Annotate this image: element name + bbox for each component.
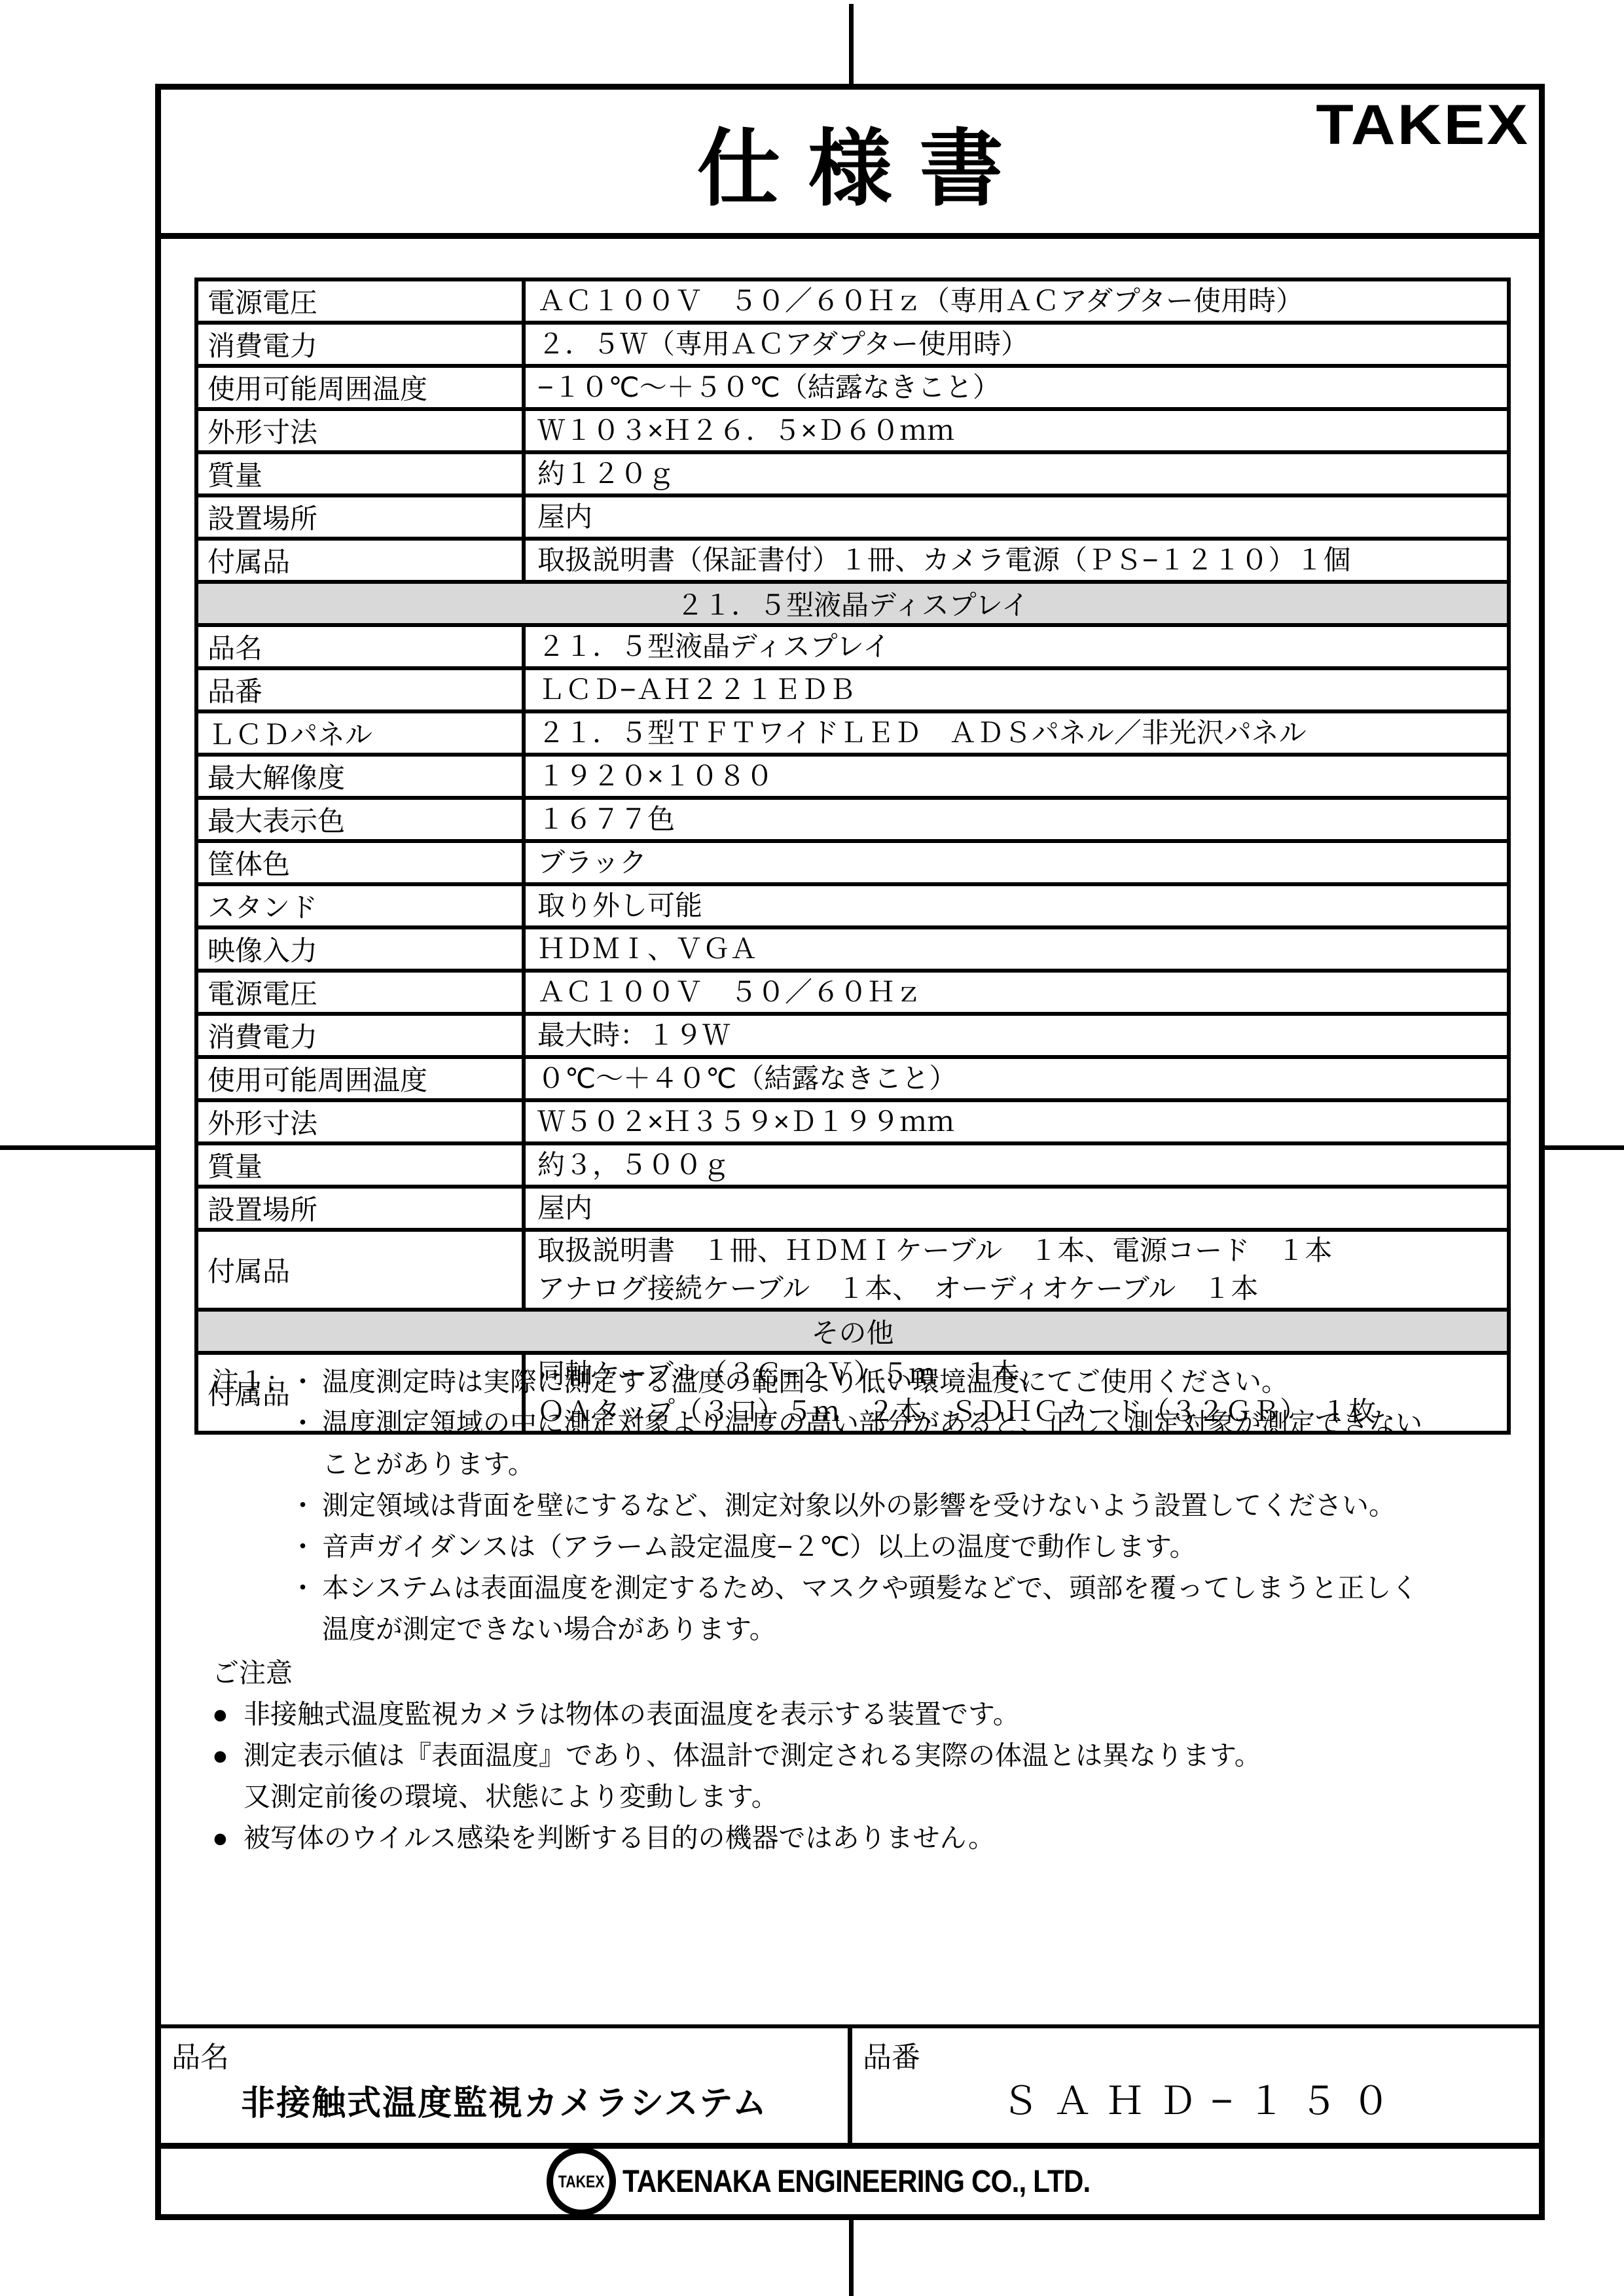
note-bullet <box>289 1609 322 1650</box>
spec-label: 品番 <box>196 668 524 711</box>
spec-label: 電源電圧 <box>196 279 524 323</box>
section-header-row: その他 <box>196 1310 1509 1353</box>
spec-label: 消費電力 <box>196 323 524 366</box>
title-banner: 仕様書 TAKEX <box>161 90 1539 239</box>
caution-text: 被写体のウイルス感染を判断する目的の機器ではありません。 <box>244 1818 995 1859</box>
spec-value-line: ブラック <box>537 844 1504 882</box>
spec-value: ＨＤＭＩ、ＶＧＡ <box>524 927 1509 971</box>
spec-label: 付属品 <box>196 1230 524 1310</box>
spec-value: 取扱説明書（保証書付）１冊、カメラ電源（ＰＳ−１２１０）１個 <box>524 539 1509 582</box>
spec-label: ＬＣＤパネル <box>196 711 524 755</box>
note-text: 測定領域は背面を壁にするなど、測定対象以外の影響を受けないよう設置してください。 <box>322 1485 1396 1526</box>
caution-text: 又測定前後の環境、状態により変動します。 <box>244 1776 778 1818</box>
spec-value-line: 最大時：１９Ｗ <box>537 1016 1504 1054</box>
spec-row: 電源電圧ＡＣ１００Ｖ ５０／６０Ｈｚ <box>196 971 1509 1014</box>
spec-label: 使用可能周囲温度 <box>196 1057 524 1100</box>
note-text: 温度が測定できない場合があります。 <box>322 1609 776 1650</box>
spec-value-line: ２１．５型液晶ディスプレイ <box>537 628 1504 666</box>
note-line: 温度が測定できない場合があります。 <box>212 1609 1518 1650</box>
spec-value-line: ＡＣ１００Ｖ ５０／６０Ｈｚ（専用ＡＣアダプター使用時） <box>537 282 1504 320</box>
takex-circle-logo-icon: TAKEX <box>547 2147 616 2216</box>
caution-lines: ●非接触式温度監視カメラは物体の表面温度を表示する装置です。●測定表示値は『表面… <box>212 1694 1518 1859</box>
document-frame: 仕様書 TAKEX 電源電圧ＡＣ１００Ｖ ５０／６０Ｈｚ（専用ＡＣアダプター使用… <box>155 84 1545 2220</box>
spec-row: 質量約１２０ｇ <box>196 452 1509 495</box>
product-name-label: 品名 <box>171 2034 229 2075</box>
company-name: TAKENAKA ENGINEERING CO., LTD. <box>623 2164 1090 2200</box>
spec-value: ＡＣ１００Ｖ ５０／６０Ｈｚ <box>524 971 1509 1014</box>
spec-table-body: 電源電圧ＡＣ１００Ｖ ５０／６０Ｈｚ（専用ＡＣアダプター使用時）消費電力２．５Ｗ… <box>196 279 1509 1433</box>
spec-label: スタンド <box>196 884 524 927</box>
spec-value-line: １９２０×１０８０ <box>537 757 1504 795</box>
product-name-cell: 品名 非接触式温度監視カメラシステム <box>161 2028 852 2143</box>
spec-row: 付属品取扱説明書 １冊、ＨＤＭＩケーブル １本、電源コード １本アナログ接続ケー… <box>196 1230 1509 1310</box>
product-number-cell: 品番 ＳＡＨＤ−１５０ <box>852 2028 1539 2143</box>
spec-label: 付属品 <box>196 539 524 582</box>
spec-value-line: −１０℃～＋５０℃（結露なきこと） <box>537 368 1504 406</box>
spec-value: Ｗ５０２×Ｈ３５９×Ｄ１９９ｍｍ <box>524 1100 1509 1143</box>
spec-value: 最大時：１９Ｗ <box>524 1014 1509 1057</box>
note-bullet <box>289 1444 322 1485</box>
notes-section: 注１：・温度測定時は実際に測定する温度の範囲より低い環境温度にてご使用ください。… <box>212 1361 1518 1859</box>
note-bullet: ・ <box>289 1361 322 1403</box>
note-line: ことがあります。 <box>212 1444 1518 1485</box>
note-prefix <box>212 1609 289 1650</box>
note-prefix <box>212 1403 289 1444</box>
spec-label: 外形寸法 <box>196 409 524 452</box>
spec-table: 電源電圧ＡＣ１００Ｖ ５０／６０Ｈｚ（専用ＡＣアダプター使用時）消費電力２．５Ｗ… <box>194 278 1511 1435</box>
product-number-label: 品番 <box>863 2034 920 2075</box>
spec-row: 設置場所屋内 <box>196 495 1509 539</box>
note-bullet: ・ <box>289 1568 322 1609</box>
section-header-row: ２１．５型液晶ディスプレイ <box>196 582 1509 625</box>
caution-line: ●被写体のウイルス感染を判断する目的の機器ではありません。 <box>212 1818 1518 1859</box>
spec-row: 付属品取扱説明書（保証書付）１冊、カメラ電源（ＰＳ−１２１０）１個 <box>196 539 1509 582</box>
takex-circle-logo-text: TAKEX <box>558 2172 604 2192</box>
spec-row: 最大解像度１９２０×１０８０ <box>196 755 1509 798</box>
note-line: ・本システムは表面温度を測定するため、マスクや頭髪などで、頭部を覆ってしまうと正… <box>212 1568 1518 1609</box>
note-line: 注１：・温度測定時は実際に測定する温度の範囲より低い環境温度にてご使用ください。 <box>212 1361 1518 1403</box>
caution-text: 非接触式温度監視カメラは物体の表面温度を表示する装置です。 <box>244 1694 1020 1735</box>
spec-value-line: ２．５Ｗ（専用ＡＣアダプター使用時） <box>537 325 1504 363</box>
spec-label: 使用可能周囲温度 <box>196 366 524 409</box>
spec-value: ２．５Ｗ（専用ＡＣアダプター使用時） <box>524 323 1509 366</box>
caution-bullet <box>212 1776 244 1818</box>
spec-label: 消費電力 <box>196 1014 524 1057</box>
spec-value-line: ＬＣＤ−ＡＨ２２１ＥＤＢ <box>537 671 1504 709</box>
takex-logo: TAKEX <box>1316 92 1530 157</box>
note-bullet: ・ <box>289 1485 322 1526</box>
spec-value: 約１２０ｇ <box>524 452 1509 495</box>
spec-row: 外形寸法Ｗ５０２×Ｈ３５９×Ｄ１９９ｍｍ <box>196 1100 1509 1143</box>
caution-header: ご注意 <box>212 1653 1518 1694</box>
spec-label: 筐体色 <box>196 841 524 884</box>
spec-value-line: 取扱説明書 １冊、ＨＤＭＩケーブル １本、電源コード １本 <box>537 1232 1504 1270</box>
spec-row: 消費電力２．５Ｗ（専用ＡＣアダプター使用時） <box>196 323 1509 366</box>
note-line: ・測定領域は背面を壁にするなど、測定対象以外の影響を受けないよう設置してください… <box>212 1485 1518 1526</box>
note-bullet: ・ <box>289 1526 322 1568</box>
spec-value-line: 約３，５００ｇ <box>537 1146 1504 1184</box>
spec-row: 設置場所屋内 <box>196 1187 1509 1230</box>
spec-value: ２１．５型液晶ディスプレイ <box>524 625 1509 668</box>
spec-row: 電源電圧ＡＣ１００Ｖ ５０／６０Ｈｚ（専用ＡＣアダプター使用時） <box>196 279 1509 323</box>
spec-value: １９２０×１０８０ <box>524 755 1509 798</box>
spec-row: 筐体色ブラック <box>196 841 1509 884</box>
spec-row: 品名２１．５型液晶ディスプレイ <box>196 625 1509 668</box>
spec-label: 品名 <box>196 625 524 668</box>
spec-label: 映像入力 <box>196 927 524 971</box>
product-name-value: 非接触式温度監視カメラシステム <box>161 2075 848 2125</box>
note-line: ・音声ガイダンスは（アラーム設定温度−２℃）以上の温度で動作します。 <box>212 1526 1518 1568</box>
spec-value: −１０℃～＋５０℃（結露なきこと） <box>524 366 1509 409</box>
spec-value: １６７７色 <box>524 798 1509 841</box>
note-bullet: ・ <box>289 1403 322 1444</box>
spec-value-line: 取り外し可能 <box>537 887 1504 925</box>
note-prefix <box>212 1444 289 1485</box>
note-text: 温度測定時は実際に測定する温度の範囲より低い環境温度にてご使用ください。 <box>322 1361 1288 1403</box>
caution-bullet: ● <box>212 1735 244 1776</box>
product-id-block: 品名 非接触式温度監視カメラシステム 品番 ＳＡＨＤ−１５０ <box>161 2024 1539 2149</box>
note-text: 本システムは表面温度を測定するため、マスクや頭髪などで、頭部を覆ってしまうと正し… <box>322 1568 1418 1609</box>
spec-value-line: 屋内 <box>537 498 1504 536</box>
spec-label: 設置場所 <box>196 1187 524 1230</box>
spec-value-line: ＨＤＭＩ、ＶＧＡ <box>537 930 1504 968</box>
caution-bullet: ● <box>212 1694 244 1735</box>
spec-row: 使用可能周囲温度０℃～＋４０℃（結露なきこと） <box>196 1057 1509 1100</box>
caution-bullet: ● <box>212 1818 244 1859</box>
spec-value-line: １６７７色 <box>537 800 1504 838</box>
note1-lines: 注１：・温度測定時は実際に測定する温度の範囲より低い環境温度にてご使用ください。… <box>212 1361 1518 1650</box>
spec-label: 最大解像度 <box>196 755 524 798</box>
crop-mark-left <box>0 1145 157 1150</box>
spec-value-line: Ｗ１０３×Ｈ２６．５×Ｄ６０ｍｍ <box>537 412 1504 450</box>
spec-value-line: 約１２０ｇ <box>537 455 1504 493</box>
spec-label: 質量 <box>196 1143 524 1187</box>
note-text: 音声ガイダンスは（アラーム設定温度−２℃）以上の温度で動作します。 <box>322 1526 1197 1568</box>
spec-value: ０℃～＋４０℃（結露なきこと） <box>524 1057 1509 1100</box>
spec-value: 取扱説明書 １冊、ＨＤＭＩケーブル １本、電源コード １本アナログ接続ケーブル … <box>524 1230 1509 1310</box>
section-header-label: その他 <box>196 1310 1509 1353</box>
note-prefix <box>212 1568 289 1609</box>
note-prefix <box>212 1485 289 1526</box>
spec-value: ＬＣＤ−ＡＨ２２１ＥＤＢ <box>524 668 1509 711</box>
spec-value-line: ０℃～＋４０℃（結露なきこと） <box>537 1060 1504 1098</box>
spec-label: 質量 <box>196 452 524 495</box>
caution-line: 又測定前後の環境、状態により変動します。 <box>212 1776 1518 1818</box>
caution-text: 測定表示値は『表面温度』であり、体温計で測定される実際の体温とは異なります。 <box>244 1735 1261 1776</box>
spec-value-line: アナログ接続ケーブル １本、 オーディオケーブル １本 <box>537 1270 1504 1308</box>
spec-value: 取り外し可能 <box>524 884 1509 927</box>
spec-sheet-page: 仕様書 TAKEX 電源電圧ＡＣ１００Ｖ ５０／６０Ｈｚ（専用ＡＣアダプター使用… <box>0 0 1624 2296</box>
caution-line: ●測定表示値は『表面温度』であり、体温計で測定される実際の体温とは異なります。 <box>212 1735 1518 1776</box>
note-text: ことがあります。 <box>322 1444 535 1485</box>
note-prefix: 注１： <box>212 1361 289 1403</box>
spec-row: スタンド取り外し可能 <box>196 884 1509 927</box>
footer: TAKEX TAKENAKA ENGINEERING CO., LTD. <box>161 2149 1539 2214</box>
note-line: ・温度測定領域の中に測定対象より温度の高い部分があると、正しく測定対象が測定でき… <box>212 1403 1518 1444</box>
caution-line: ●非接触式温度監視カメラは物体の表面温度を表示する装置です。 <box>212 1694 1518 1735</box>
spec-value-line: 屋内 <box>537 1189 1504 1227</box>
spec-value-line: ２１．５型ＴＦＴワイドＬＥＤ ＡＤＳパネル／非光沢パネル <box>537 714 1504 752</box>
spec-label: 外形寸法 <box>196 1100 524 1143</box>
spec-label: 最大表示色 <box>196 798 524 841</box>
spec-row: 使用可能周囲温度−１０℃～＋５０℃（結露なきこと） <box>196 366 1509 409</box>
spec-value: 屋内 <box>524 495 1509 539</box>
spec-label: 電源電圧 <box>196 971 524 1014</box>
spec-label: 設置場所 <box>196 495 524 539</box>
spec-value: 約３，５００ｇ <box>524 1143 1509 1187</box>
spec-row: 品番ＬＣＤ−ＡＨ２２１ＥＤＢ <box>196 668 1509 711</box>
note-prefix <box>212 1526 289 1568</box>
section-header-label: ２１．５型液晶ディスプレイ <box>196 582 1509 625</box>
spec-value: ブラック <box>524 841 1509 884</box>
spec-row: 消費電力最大時：１９Ｗ <box>196 1014 1509 1057</box>
crop-mark-right <box>1542 1145 1624 1150</box>
spec-value-line: Ｗ５０２×Ｈ３５９×Ｄ１９９ｍｍ <box>537 1103 1504 1141</box>
spec-row: 映像入力ＨＤＭＩ、ＶＧＡ <box>196 927 1509 971</box>
product-number-value: ＳＡＨＤ−１５０ <box>852 2070 1539 2125</box>
spec-row: ＬＣＤパネル２１．５型ＴＦＴワイドＬＥＤ ＡＤＳパネル／非光沢パネル <box>196 711 1509 755</box>
spec-value: Ｗ１０３×Ｈ２６．５×Ｄ６０ｍｍ <box>524 409 1509 452</box>
spec-row: 最大表示色１６７７色 <box>196 798 1509 841</box>
spec-value: 屋内 <box>524 1187 1509 1230</box>
spec-row: 外形寸法Ｗ１０３×Ｈ２６．５×Ｄ６０ｍｍ <box>196 409 1509 452</box>
spec-value-line: ＡＣ１００Ｖ ５０／６０Ｈｚ <box>537 973 1504 1011</box>
spec-value: ＡＣ１００Ｖ ５０／６０Ｈｚ（専用ＡＣアダプター使用時） <box>524 279 1509 323</box>
crop-mark-bottom <box>849 2217 854 2296</box>
spec-value-line: 取扱説明書（保証書付）１冊、カメラ電源（ＰＳ−１２１０）１個 <box>537 541 1504 579</box>
spec-row: 質量約３，５００ｇ <box>196 1143 1509 1187</box>
crop-mark-top <box>849 4 854 86</box>
spec-value: ２１．５型ＴＦＴワイドＬＥＤ ＡＤＳパネル／非光沢パネル <box>524 711 1509 755</box>
note-text: 温度測定領域の中に測定対象より温度の高い部分があると、正しく測定対象が測定できな… <box>322 1403 1422 1444</box>
